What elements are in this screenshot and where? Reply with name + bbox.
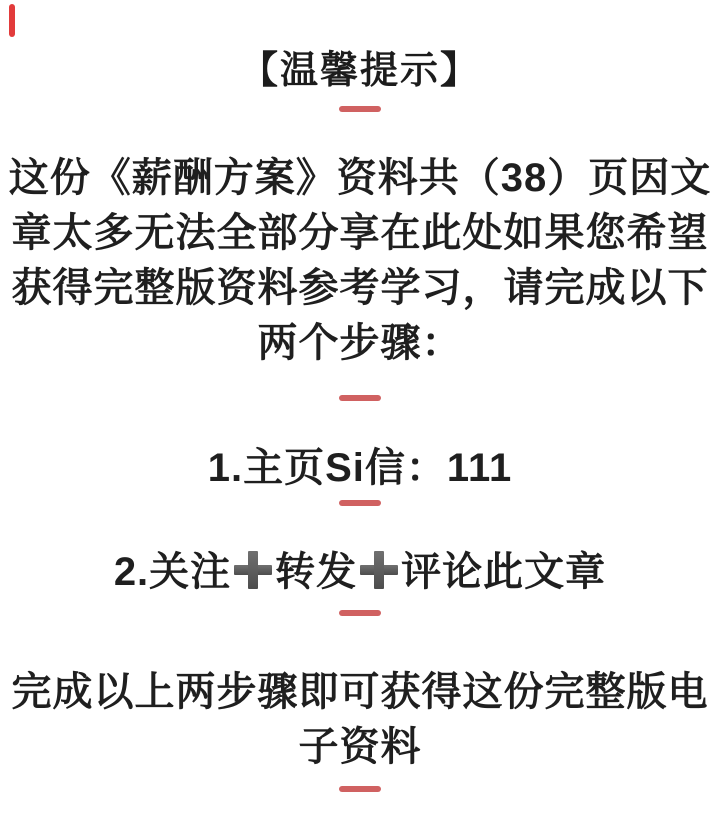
plus-icon [360, 551, 398, 589]
section-divider [339, 500, 381, 506]
step-2-text: 2.关注转发评论此文章 [0, 545, 720, 600]
notice-page: 【温馨提示】 这份《薪酬方案》资料共（38）页因文 章太多无法全部分享在此处如果… [0, 0, 720, 832]
outro-line: 完成以上两步骤即可获得这份完整版电 [0, 665, 720, 720]
section-divider [339, 610, 381, 616]
section-divider [339, 786, 381, 792]
page-title: 【温馨提示】 [0, 0, 720, 94]
intro-line: 获得完整版资料参考学习，请完成以下 [0, 261, 720, 316]
step-2-prefix: 2.关注 [114, 550, 231, 594]
intro-line: 两个步骤： [0, 316, 720, 371]
section-divider [339, 395, 381, 401]
step-1-text: 1.主页Si信：111 [0, 441, 720, 496]
intro-line: 这份《薪酬方案》资料共（38）页因文 [0, 151, 720, 206]
intro-line: 章太多无法全部分享在此处如果您希望 [0, 206, 720, 261]
outro-paragraph: 完成以上两步骤即可获得这份完整版电 子资料 [0, 665, 720, 775]
outro-line: 子资料 [0, 720, 720, 775]
intro-paragraph: 这份《薪酬方案》资料共（38）页因文 章太多无法全部分享在此处如果您希望 获得完… [0, 151, 720, 371]
corner-accent-bar [9, 4, 15, 37]
step-2-middle: 转发 [275, 550, 357, 594]
section-divider [339, 106, 381, 112]
plus-icon [234, 551, 272, 589]
step-2-suffix: 评论此文章 [401, 550, 606, 594]
